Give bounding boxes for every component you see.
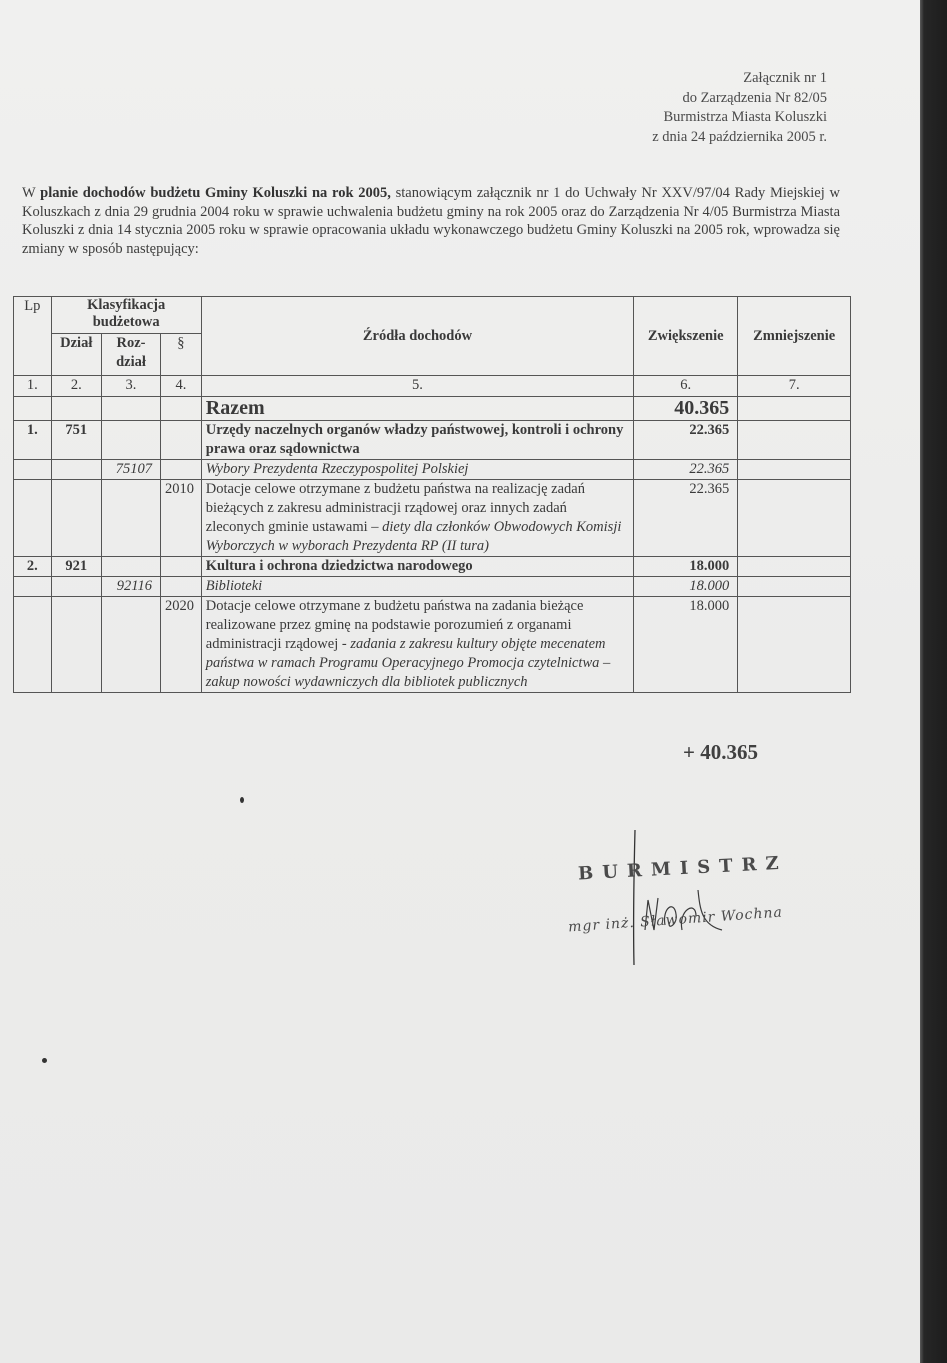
source-text: Wybory Prezydenta Rzeczypospolitej Polsk… [206,461,469,477]
cell-increase: 18.000 [634,597,738,693]
cell-increase: 18.000 [634,557,738,577]
annex-header: Załącznik nr 1 do Zarządzenia Nr 82/05 B… [652,69,827,147]
total-label: Razem [201,397,633,421]
cell-paragraph [160,460,201,480]
cell-paragraph [160,421,201,460]
cell-decrease [738,480,851,557]
cell-source: Urzędy naczelnych organów władzy państwo… [201,421,633,460]
column-number: 6. [634,376,738,397]
cell-source: Dotacje celowe otrzymane z budżetu państ… [201,597,633,693]
cell-dzial [51,460,101,480]
cell-lp [14,577,52,597]
cell-decrease [738,557,851,577]
annex-line: Załącznik nr 1 [652,69,827,89]
table-row: 1.751Urzędy naczelnych organów władzy pa… [14,421,851,460]
budget-table: Lp Klasyfikacja budżetowa Źródła dochodó… [13,296,851,693]
column-number: 1. [14,376,52,397]
cell-lp: 1. [14,421,52,460]
header-paragraph: § [160,334,201,376]
column-number: 5. [201,376,633,397]
table-row: 2.921Kultura i ochrona dziedzictwa narod… [14,557,851,577]
header-dzial: Dział [51,334,101,376]
cell-increase: 18.000 [634,577,738,597]
column-number: 2. [51,376,101,397]
cell-dzial: 921 [51,557,101,577]
table-row: 92116Biblioteki18.000 [14,577,851,597]
table-row: 2020Dotacje celowe otrzymane z budżetu p… [14,597,851,693]
intro-prefix: W [22,185,40,201]
column-number-row: 1. 2. 3. 4. 5. 6. 7. [14,376,851,397]
source-text: Biblioteki [206,578,262,594]
scan-speck [42,1058,47,1063]
annex-line: do Zarządzenia Nr 82/05 [652,89,827,109]
cell-dzial [51,577,101,597]
intro-paragraph: W planie dochodów budżetu Gminy Koluszki… [22,184,840,258]
intro-bold: planie dochodów budżetu Gminy Koluszki n… [40,185,391,201]
cell-lp [14,460,52,480]
cell-source: Wybory Prezydenta Rzeczypospolitej Polsk… [201,460,633,480]
annex-line: z dnia 24 października 2005 r. [652,128,827,148]
source-text: Kultura i ochrona dziedzictwa narodowego [206,558,473,574]
cell-decrease [738,577,851,597]
table-row: 2010Dotacje celowe otrzymane z budżetu p… [14,480,851,557]
total-decrease [738,397,851,421]
table-body: 1.751Urzędy naczelnych organów władzy pa… [14,421,851,693]
column-number: 7. [738,376,851,397]
header-classification: Klasyfikacja budżetowa [51,297,201,334]
cell-source: Kultura i ochrona dziedzictwa narodowego [201,557,633,577]
cell-lp [14,480,52,557]
cell-source: Biblioteki [201,577,633,597]
cell-decrease [738,597,851,693]
header-increase: Zwiększenie [634,297,738,376]
cell-rozdzial [101,421,160,460]
cell-lp [14,597,52,693]
total-increase: 40.365 [634,397,738,421]
column-number: 3. [101,376,160,397]
document-page: Załącznik nr 1 do Zarządzenia Nr 82/05 B… [0,0,920,1363]
header-decrease: Zmniejszenie [738,297,851,376]
cell-rozdzial: 92116 [101,577,160,597]
cell-decrease [738,460,851,480]
cell-paragraph [160,577,201,597]
header-source: Źródła dochodów [201,297,633,376]
cell-increase: 22.365 [634,421,738,460]
cell-rozdzial [101,557,160,577]
table-row: 75107Wybory Prezydenta Rzeczypospolitej … [14,460,851,480]
scan-speck [240,797,244,803]
cell-increase: 22.365 [634,460,738,480]
cell-dzial [51,480,101,557]
cell-dzial: 751 [51,421,101,460]
cell-decrease [738,421,851,460]
cell-lp: 2. [14,557,52,577]
annex-line: Burmistrza Miasta Koluszki [652,108,827,128]
cell-rozdzial [101,480,160,557]
scan-edge [920,0,947,1363]
cell-paragraph: 2020 [160,597,201,693]
header-lp: Lp [14,297,52,376]
column-number: 4. [160,376,201,397]
cell-source: Dotacje celowe otrzymane z budżetu państ… [201,480,633,557]
cell-rozdzial: 75107 [101,460,160,480]
header-rozdzial: Roz-dział [101,334,160,376]
grand-total: + 40.365 [683,740,758,765]
total-row: Razem 40.365 [14,397,851,421]
source-text: Urzędy naczelnych organów władzy państwo… [206,422,624,457]
cell-increase: 22.365 [634,480,738,557]
signature-icon [610,830,730,970]
cell-paragraph [160,557,201,577]
cell-rozdzial [101,597,160,693]
cell-dzial [51,597,101,693]
cell-paragraph: 2010 [160,480,201,557]
